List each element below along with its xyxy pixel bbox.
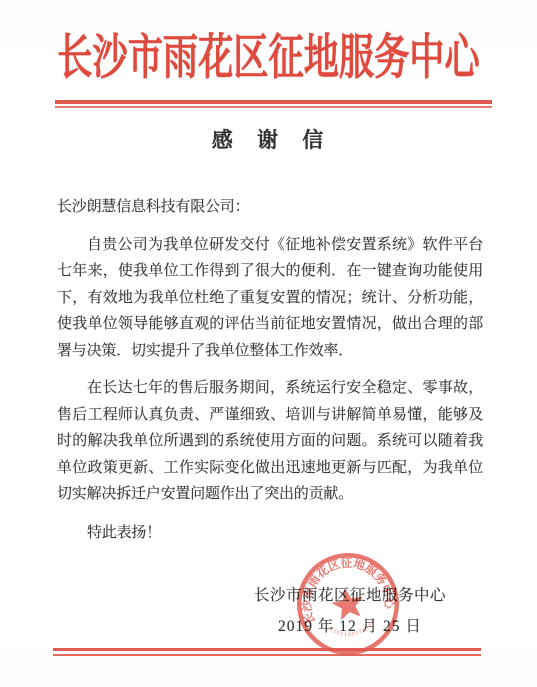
header-double-rule (55, 100, 492, 108)
footer-rule-bottom (53, 654, 481, 656)
seal-code: 4301100178537 (327, 618, 378, 642)
closing-line: 特此表扬！ (57, 520, 483, 547)
scanned-letter-page: 长沙市雨花区征地服务中心 感 谢 信 长沙朗慧信息科技有限公司： 自贵公司为我单… (0, 0, 537, 687)
paragraph-2: 在长达七年的售后服务期间，系统运行安全稳定、零事故，售后工程师认真负责、严谨细致… (57, 375, 483, 508)
header-rule-thin (55, 106, 492, 108)
star-icon (329, 585, 366, 621)
paragraph-1: 自贵公司为我单位研发交付《征地补偿安置系统》软件平台七年来，使我单位工作得到了很… (57, 232, 483, 365)
letterhead-title: 长沙市雨花区征地服务中心 (54, 21, 484, 96)
footer-double-rule (53, 648, 481, 656)
svg-text:4301100178537: 4301100178537 (327, 618, 378, 642)
letter-body: 长沙朗慧信息科技有限公司： 自贵公司为我单位研发交付《征地补偿安置系统》软件平台… (57, 194, 483, 546)
letter-title: 感 谢 信 (0, 124, 537, 154)
salutation: 长沙朗慧信息科技有限公司： (57, 194, 483, 221)
